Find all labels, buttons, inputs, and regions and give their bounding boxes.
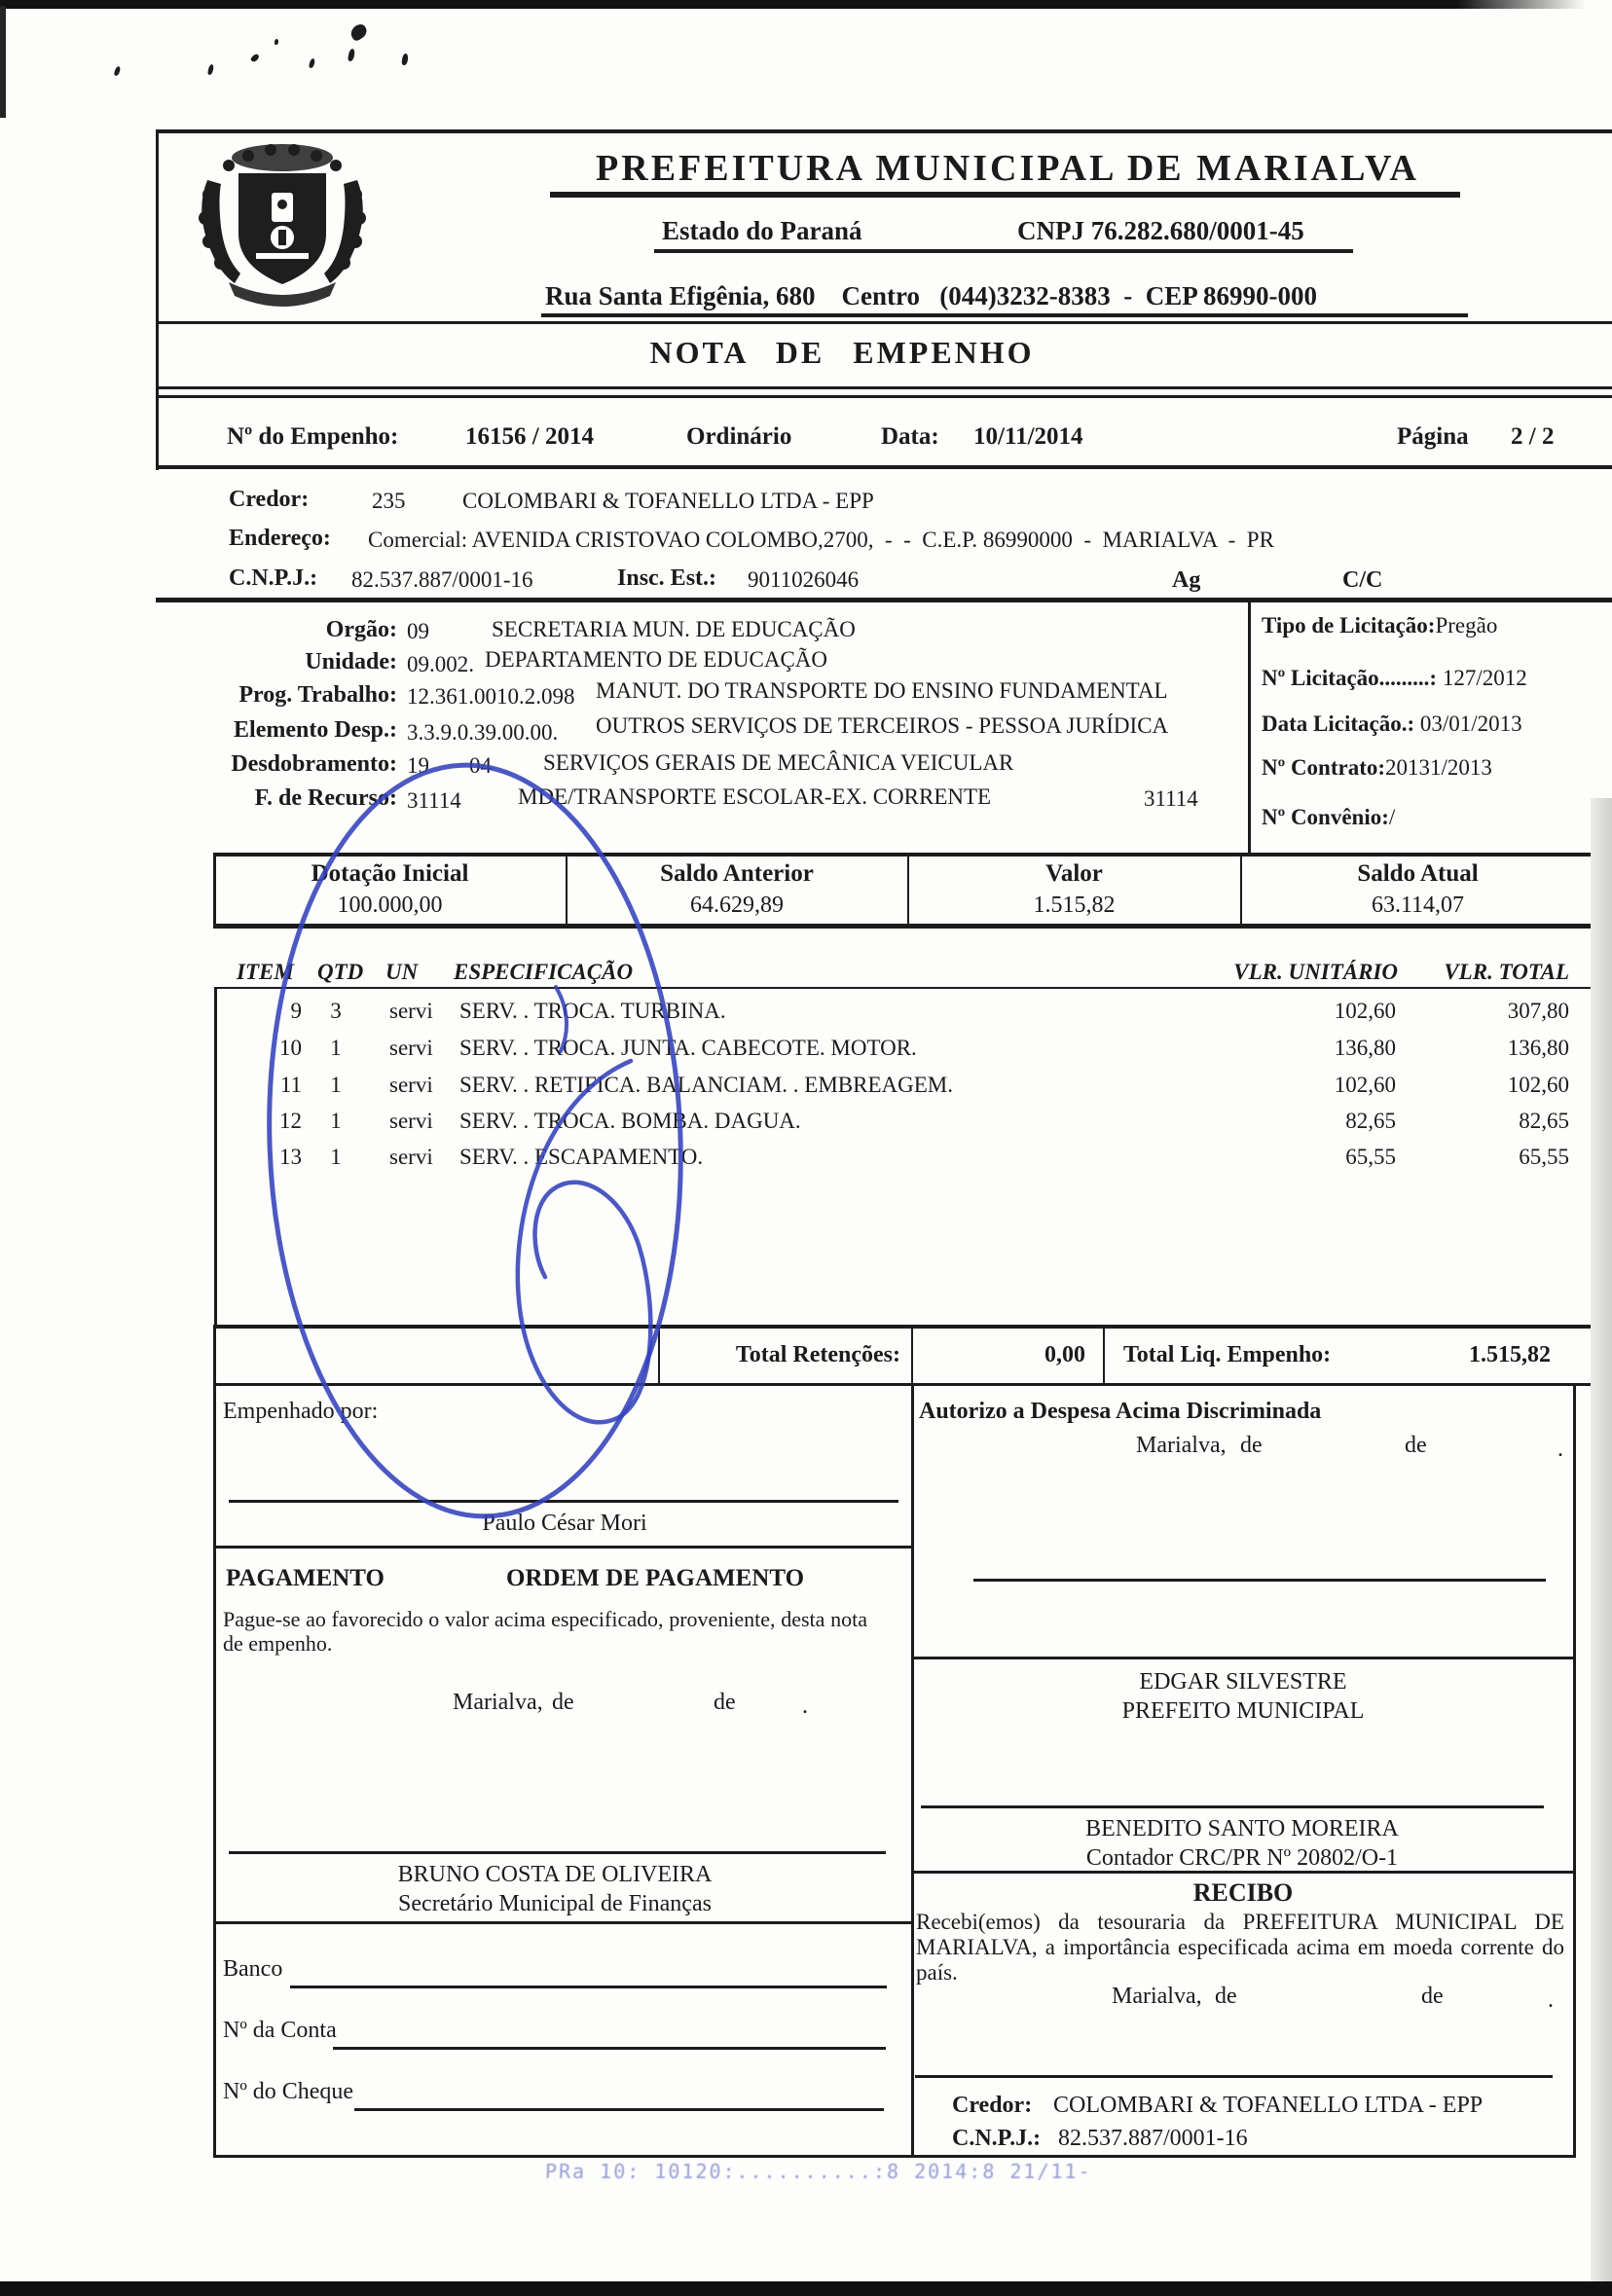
empenho-row-rule bbox=[156, 465, 1612, 469]
de-particle: de bbox=[1215, 1984, 1237, 2010]
ordem-pagamento-title: ORDEM DE PAGAMENTO bbox=[506, 1565, 804, 1592]
prog-trabalho-label: Prog. Trabalho: bbox=[156, 682, 397, 709]
ink-speckle bbox=[401, 54, 408, 65]
page-value: 2 / 2 bbox=[1511, 423, 1554, 451]
cheque-fill-line bbox=[354, 2108, 884, 2111]
empenho-date-value: 10/11/2014 bbox=[973, 423, 1083, 451]
dotacao-inicial-header: Dotação Inicial bbox=[216, 860, 564, 888]
coat-of-arms-logo bbox=[170, 136, 394, 321]
form-title: NOTA DE EMPENHO bbox=[453, 336, 1231, 371]
lower-border-bottom bbox=[213, 2155, 1576, 2158]
elemento-desp-desc: OUTROS SERVIÇOS DE TERCEIROS - PESSOA JU… bbox=[596, 713, 1168, 739]
credor-cnpj-label: C.N.P.J.: bbox=[229, 565, 317, 592]
pagamento-title: PAGAMENTO bbox=[226, 1565, 385, 1592]
insc-value: 9011026046 bbox=[748, 567, 859, 593]
item-number: 10 bbox=[238, 1036, 302, 1061]
item-vlr-total: 307,80 bbox=[1411, 999, 1569, 1024]
totals-divider-3 bbox=[1103, 1325, 1105, 1386]
item-qtd: 1 bbox=[311, 1145, 360, 1170]
item-number: 11 bbox=[238, 1073, 302, 1098]
prog-trabalho-desc: MANUT. DO TRANSPORTE DO ENSINO FUNDAMENT… bbox=[596, 678, 1168, 704]
empenhado-signer-name: Paulo César Mori bbox=[273, 1511, 857, 1537]
credor-name: COLOMBARI & TOFANELLO LTDA - EPP bbox=[462, 489, 874, 514]
saldos-border-bottom bbox=[213, 924, 1596, 929]
contrato-label: Nº Contrato: bbox=[1262, 755, 1385, 780]
item-un: servi bbox=[389, 1073, 433, 1098]
total-retencoes-value: 0,00 bbox=[925, 1342, 1085, 1368]
item-vlr-unitario: 82,65 bbox=[1236, 1109, 1396, 1134]
item-espec: SERV. . TROCA. JUNTA. CABECOTE. MOTOR. bbox=[459, 1036, 917, 1061]
prog-trabalho-code: 12.361.0010.2.098 bbox=[407, 684, 575, 710]
items-header-espec: ESPECIFICAÇÃO bbox=[454, 960, 633, 985]
contador-signature-line bbox=[921, 1805, 1544, 1808]
prefeito-role: PREFEITO MUNICIPAL bbox=[951, 1698, 1535, 1725]
state-label: Estado do Paraná bbox=[662, 216, 862, 245]
recibo-title: RECIBO bbox=[951, 1878, 1535, 1907]
de-particle: de bbox=[1421, 1984, 1444, 2010]
elemento-desp-label: Elemento Desp.: bbox=[156, 717, 397, 744]
unidade-label: Unidade: bbox=[156, 649, 397, 675]
secretario-role: Secretário Municipal de Finanças bbox=[263, 1891, 847, 1917]
de-particle: de bbox=[714, 1690, 736, 1716]
city-name: Marialva, bbox=[1136, 1433, 1227, 1459]
num-licitacao-label: Nº Licitação.........: bbox=[1262, 666, 1437, 690]
period-mark: . bbox=[802, 1694, 808, 1720]
banner-rule-1 bbox=[156, 386, 1612, 389]
credor-label: Credor: bbox=[229, 487, 309, 513]
item-qtd: 1 bbox=[311, 1073, 360, 1098]
item-un: servi bbox=[389, 1036, 433, 1061]
ink-speckle bbox=[348, 22, 370, 43]
item-un: servi bbox=[389, 999, 433, 1024]
desdobramento-code: 19 bbox=[407, 753, 429, 779]
item-number: 9 bbox=[238, 999, 302, 1024]
contrato-value: 20131/2013 bbox=[1385, 755, 1492, 780]
empenho-date-label: Data: bbox=[881, 423, 939, 451]
prefeito-section-rule bbox=[913, 1657, 1574, 1659]
empenho-type: Ordinário bbox=[686, 423, 791, 451]
desdobramento-desc: SERVIÇOS GERAIS DE MECÂNICA VEICULAR bbox=[543, 750, 1013, 776]
items-header-un: UN bbox=[385, 960, 418, 985]
cnpj-header: CNPJ 76.282.680/0001-45 bbox=[1017, 216, 1304, 245]
dotacao-inicial-value: 100.000,00 bbox=[216, 893, 564, 919]
item-un: servi bbox=[389, 1145, 433, 1170]
de-particle: de bbox=[552, 1690, 574, 1716]
valor-header: Valor bbox=[909, 860, 1239, 888]
saldos-border-top bbox=[213, 853, 1596, 856]
period-mark: . bbox=[1548, 1987, 1554, 2014]
contrato-row: Nº Contrato:20131/2013 bbox=[1262, 755, 1492, 781]
total-liq-value: 1.515,82 bbox=[1382, 1342, 1551, 1368]
ink-speckle bbox=[275, 39, 278, 45]
items-header-qtd: QTD bbox=[317, 960, 363, 985]
item-espec: SERV. . RETIFICA. BALANCIAM. . EMBREAGEM… bbox=[459, 1073, 953, 1098]
faded-stamp-text: PRa 10: 10120:..........:8 2014:8 21/11- bbox=[545, 2160, 1092, 2183]
convenio-row: Nº Convênio:/ bbox=[1262, 805, 1395, 830]
tipo-licitacao-row: Tipo de Licitação:Pregão bbox=[1262, 613, 1497, 638]
header-border-top bbox=[156, 129, 1612, 133]
unidade-desc: DEPARTAMENTO DE EDUCAÇÃO bbox=[485, 647, 827, 673]
item-espec: SERV. . TROCA. BOMBA. DAGUA. bbox=[459, 1109, 801, 1134]
ink-speckle bbox=[114, 66, 121, 77]
municipality-title: PREFEITURA MUNICIPAL DE MARIALVA bbox=[555, 148, 1460, 190]
totals-divider-1 bbox=[658, 1325, 660, 1386]
item-number: 13 bbox=[238, 1145, 302, 1170]
scan-top-edge bbox=[0, 0, 1585, 9]
page-label: Página bbox=[1397, 423, 1469, 451]
conta-fill-line bbox=[333, 2047, 886, 2050]
prefeito-name: EDGAR SILVESTRE bbox=[951, 1669, 1535, 1695]
unidade-code: 09.002. bbox=[407, 652, 474, 677]
num-conta-label: Nº da Conta bbox=[223, 2018, 337, 2044]
items-border-left bbox=[214, 987, 217, 1327]
period-mark: . bbox=[1557, 1437, 1563, 1463]
recibo-section-rule bbox=[913, 1871, 1574, 1874]
item-vlr-total: 136,80 bbox=[1411, 1036, 1569, 1061]
empenhado-signature-line bbox=[229, 1500, 898, 1503]
recibo-credor-value: COLOMBARI & TOFANELLO LTDA - EPP bbox=[1053, 2093, 1483, 2119]
recibo-signature-line bbox=[915, 2075, 1553, 2078]
valor-value: 1.515,82 bbox=[909, 893, 1239, 919]
credor-code: 235 bbox=[372, 489, 406, 514]
fonte-recurso-extra: 31114 bbox=[1144, 786, 1198, 812]
item-vlr-unitario: 102,60 bbox=[1236, 999, 1396, 1024]
recibo-cnpj-value: 82.537.887/0001-16 bbox=[1058, 2126, 1248, 2152]
de-particle: de bbox=[1240, 1433, 1263, 1459]
convenio-label: Nº Convênio: bbox=[1262, 805, 1389, 829]
scanned-nota-de-empenho-page: PREFEITURA MUNICIPAL DE MARIALVA Estado … bbox=[0, 0, 1612, 2296]
city-date-line: Marialva, bbox=[453, 1690, 543, 1716]
orgao-label: Orgão: bbox=[156, 617, 397, 643]
convenio-value: / bbox=[1389, 805, 1395, 829]
fonte-recurso-desc: MDE/TRANSPORTE ESCOLAR-EX. CORRENTE bbox=[518, 784, 991, 810]
ink-speckle bbox=[309, 58, 315, 69]
total-retencoes-label: Total Retenções: bbox=[672, 1342, 900, 1368]
items-border-top bbox=[214, 987, 1601, 989]
orgao-code: 09 bbox=[407, 619, 429, 644]
secretario-signature-line bbox=[229, 1851, 886, 1854]
saldo-anterior-header: Saldo Anterior bbox=[568, 860, 906, 888]
address-underline bbox=[541, 313, 1468, 317]
title-underline bbox=[550, 192, 1460, 198]
totals-divider-2 bbox=[911, 1325, 913, 1386]
data-licitacao-label: Data Licitação.: bbox=[1262, 711, 1414, 736]
data-licitacao-value: 03/01/2013 bbox=[1420, 711, 1522, 736]
ink-speckle bbox=[207, 64, 214, 76]
item-number: 12 bbox=[238, 1109, 302, 1134]
total-liq-label: Total Liq. Empenho: bbox=[1123, 1342, 1331, 1368]
saldo-atual-header: Saldo Atual bbox=[1242, 860, 1594, 888]
ink-speckle bbox=[348, 49, 355, 62]
item-qtd: 3 bbox=[311, 999, 360, 1024]
header-border-bottom bbox=[156, 321, 1612, 324]
item-espec: SERV. . TROCA. TURBINA. bbox=[459, 999, 726, 1024]
licitacao-box-divider bbox=[1248, 602, 1251, 854]
lower-border-left bbox=[213, 1386, 216, 2158]
item-vlr-unitario: 102,60 bbox=[1236, 1073, 1396, 1098]
credor-cnpj-value: 82.537.887/0001-16 bbox=[351, 567, 533, 593]
banco-label: Banco bbox=[223, 1956, 282, 1983]
fonte-recurso-code: 31114 bbox=[407, 788, 461, 814]
endereco-value: Comercial: AVENIDA CRISTOVAO COLOMBO,270… bbox=[368, 528, 1274, 553]
items-header-unit: VLR. UNITÁRIO bbox=[1207, 960, 1398, 985]
autorizo-title: Autorizo a Despesa Acima Discriminada bbox=[919, 1399, 1321, 1425]
item-qtd: 1 bbox=[311, 1036, 360, 1061]
recibo-cnpj-label: C.N.P.J.: bbox=[952, 2126, 1041, 2152]
conta-corrente-label: C/C bbox=[1342, 567, 1382, 594]
item-vlr-unitario: 136,80 bbox=[1236, 1036, 1396, 1061]
secretario-name: BRUNO COSTA DE OLIVEIRA bbox=[263, 1862, 847, 1888]
address-line: Rua Santa Efigênia, 680 Centro (044)3232… bbox=[545, 281, 1317, 310]
scan-left-edge bbox=[0, 6, 6, 118]
banco-section-rule bbox=[214, 1921, 911, 1924]
saldo-atual-value: 63.114,07 bbox=[1242, 893, 1594, 919]
banner-rule-2 bbox=[156, 395, 1612, 398]
data-licitacao-row: Data Licitação.: 03/01/2013 bbox=[1262, 711, 1522, 737]
endereco-label: Endereço: bbox=[229, 526, 331, 552]
item-espec: SERV. . ESCAPAMENTO. bbox=[459, 1145, 703, 1170]
state-cnpj-underline bbox=[654, 249, 1353, 253]
item-vlr-total: 82,65 bbox=[1411, 1109, 1569, 1134]
insc-label: Insc. Est.: bbox=[617, 565, 716, 592]
empenho-number-value: 16156 / 2014 bbox=[465, 423, 594, 451]
items-header-total: VLR. TOTAL bbox=[1416, 960, 1569, 985]
desdobramento-code2: 04 bbox=[469, 753, 492, 779]
city-name: Marialva, bbox=[1112, 1984, 1202, 2010]
recibo-text: Recebi(emos) da tesouraria da PREFEITURA… bbox=[916, 1910, 1564, 1985]
fonte-recurso-label: F. de Recurso: bbox=[156, 785, 397, 812]
de-particle: de bbox=[1405, 1433, 1427, 1459]
credor-block-rule bbox=[156, 598, 1612, 602]
recibo-credor-label: Credor: bbox=[952, 2093, 1032, 2119]
item-vlr-total: 102,60 bbox=[1411, 1073, 1569, 1098]
elemento-desp-code: 3.3.9.0.39.00.00. bbox=[407, 720, 558, 746]
saldo-anterior-value: 64.629,89 bbox=[568, 893, 906, 919]
item-un: servi bbox=[389, 1109, 433, 1134]
autorizo-signature-line bbox=[973, 1579, 1546, 1582]
city-name: Marialva, bbox=[453, 1690, 543, 1715]
num-licitacao-value: 127/2012 bbox=[1443, 666, 1527, 690]
banco-fill-line bbox=[290, 1986, 887, 1988]
scan-right-shadow bbox=[1591, 798, 1612, 2282]
totals-border-top bbox=[213, 1325, 1596, 1329]
totals-border-left bbox=[213, 1325, 216, 1386]
tipo-licitacao-value: Pregão bbox=[1435, 613, 1497, 638]
empenhado-por-label: Empenhado por: bbox=[223, 1399, 378, 1425]
empenho-number-label: Nº do Empenho: bbox=[227, 423, 398, 451]
desdobramento-label: Desdobramento: bbox=[156, 751, 397, 778]
contador-name: BENEDITO SANTO MOREIRA bbox=[931, 1816, 1554, 1842]
tipo-licitacao-label: Tipo de Licitação: bbox=[1262, 613, 1435, 638]
form-border-left-top bbox=[156, 129, 159, 470]
lower-border-right bbox=[1573, 1386, 1576, 2158]
pagamento-section-rule bbox=[214, 1546, 911, 1549]
contador-role: Contador CRC/PR Nº 20802/O-1 bbox=[931, 1845, 1554, 1872]
num-licitacao-row: Nº Licitação.........: 127/2012 bbox=[1262, 666, 1527, 691]
item-qtd: 1 bbox=[311, 1109, 360, 1134]
item-vlr-total: 65,55 bbox=[1411, 1145, 1569, 1170]
ordem-pagamento-text: Pague-se ao favorecido o valor acima esp… bbox=[223, 1608, 867, 1656]
item-vlr-unitario: 65,55 bbox=[1236, 1145, 1396, 1170]
orgao-desc: SECRETARIA MUN. DE EDUCAÇÃO bbox=[492, 617, 856, 642]
ink-speckle bbox=[250, 53, 260, 63]
num-cheque-label: Nº do Cheque bbox=[223, 2079, 353, 2105]
lower-column-divider bbox=[911, 1386, 914, 2158]
items-header-item: ITEM bbox=[237, 960, 294, 985]
scan-bottom-edge bbox=[0, 2281, 1612, 2296]
agencia-label: Ag bbox=[1172, 567, 1200, 594]
totals-border-bottom bbox=[213, 1383, 1596, 1386]
